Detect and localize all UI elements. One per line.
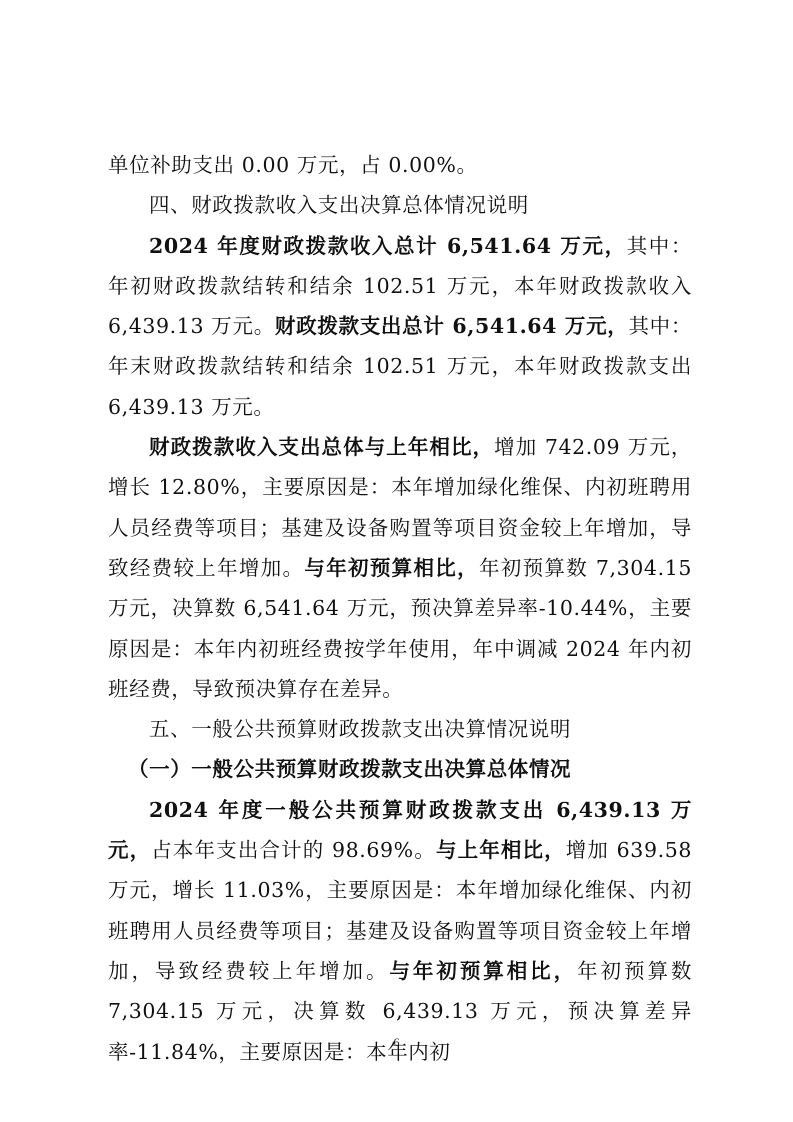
bold-run: 与年初预算相比， bbox=[389, 959, 577, 983]
page-number: 6 bbox=[0, 1035, 793, 1050]
section-heading-5: 五、一般公共预算财政拨款支出决算情况说明 bbox=[108, 709, 692, 749]
text-run: 单位补助支出 0.00 万元，占 0.00%。 bbox=[108, 153, 478, 177]
bold-run: 与年初预算相比， bbox=[304, 556, 479, 580]
document-page: 单位补助支出 0.00 万元，占 0.00%。 四、财政拨款收入支出决算总体情况… bbox=[108, 145, 692, 1072]
subheading-text: （一）一般公共预算财政拨款支出决算总体情况 bbox=[128, 757, 571, 781]
bold-run: 与上年相比， bbox=[436, 838, 566, 862]
heading-text: 四、财政拨款收入支出决算总体情况说明 bbox=[149, 193, 529, 217]
paragraph-income-expense-total: 2024 年度财政拨款收入总计 6,541.64 万元，其中：年初财政拨款结转和… bbox=[108, 226, 692, 427]
bold-run: 2024 年度财政拨款收入总计 6,541.64 万元， bbox=[149, 234, 627, 258]
bold-run: 财政拨款收入支出总体与上年相比， bbox=[149, 435, 494, 459]
paragraph-yoy-comparison: 财政拨款收入支出总体与上年相比，增加 742.09 万元，增长 12.80%，主… bbox=[108, 427, 692, 709]
subsection-heading-1: （一）一般公共预算财政拨款支出决算总体情况 bbox=[108, 749, 692, 789]
heading-text: 五、一般公共预算财政拨款支出决算情况说明 bbox=[149, 717, 571, 741]
text-run: 占本年支出合计的 98.69%。 bbox=[151, 838, 436, 862]
bold-run: 财政拨款支出总计 6,541.64 万元， bbox=[275, 314, 629, 338]
paragraph-general-budget-expense: 2024 年度一般公共预算财政拨款支出 6,439.13 万元，占本年支出合计的… bbox=[108, 790, 692, 1072]
paragraph-continuation: 单位补助支出 0.00 万元，占 0.00%。 bbox=[108, 145, 692, 185]
section-heading-4: 四、财政拨款收入支出决算总体情况说明 bbox=[108, 185, 692, 225]
